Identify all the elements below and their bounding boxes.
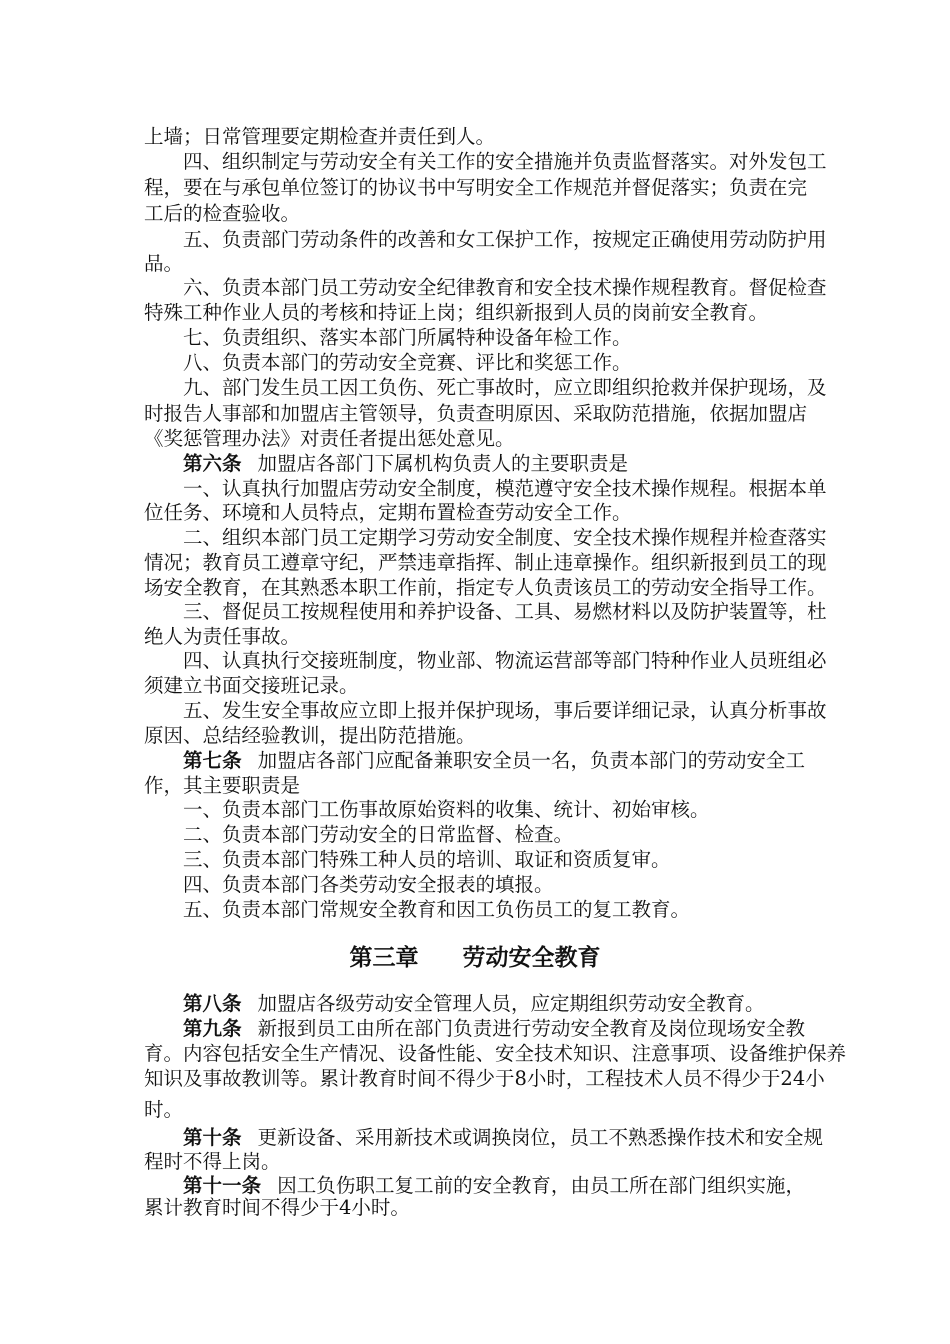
text-line: 六、负责本部门员工劳动安全纪律教育和安全技术操作规程教育。督促检查: [144, 276, 805, 300]
text-line: 品。: [144, 252, 805, 276]
text-line: 七、负责组织、落实本部门所属特种设备年检工作。: [144, 326, 805, 350]
article-head-line: 第十条更新设备、采用新技术或调换岗位，员工不熟悉操作技术和安全规: [144, 1126, 805, 1150]
article-head-line: 第十一条因工负伤职工复工前的安全教育，由员工所在部门组织实施，: [144, 1174, 805, 1198]
text-line: 工后的检查验收。: [144, 202, 805, 226]
chapter-title: 劳动安全教育: [463, 945, 601, 971]
text-line: 《奖惩管理办法》对责任者提出惩处意见。: [144, 427, 805, 451]
article-label: 第九条: [183, 1017, 242, 1040]
text-line: 二、组织本部门员工定期学习劳动安全制度、安全技术操作规程并检查落实: [144, 526, 805, 550]
text-line: 三、督促员工按规程使用和养护设备、工具、易燃材料以及防护装置等，杜: [144, 600, 805, 624]
text-line: 原因、总结经验教训，提出防范措施。: [144, 724, 805, 748]
article-label: 第十条: [183, 1126, 242, 1149]
text-line: 程，要在与承包单位签订的协议书中写明安全工作规范并督促落实；负责在完: [144, 176, 805, 200]
text-line: 五、发生安全事故应立即上报并保护现场，事后要详细记录，认真分析事故: [144, 699, 805, 723]
article-head-line: 第六条加盟店各部门下属机构负责人的主要职责是: [144, 452, 805, 476]
article-label: 第十一条: [183, 1174, 261, 1197]
article-text: 加盟店各部门下属机构负责人的主要职责是: [258, 452, 629, 475]
text-line: 五、负责本部门常规安全教育和因工负伤员工的复工教育。: [144, 898, 805, 922]
article-label: 第八条: [183, 992, 242, 1015]
chapter-heading: 第三章劳动安全教育: [0, 944, 950, 972]
text-line: 三、负责本部门特殊工种人员的培训、取证和资质复审。: [144, 848, 805, 872]
text-line: 时。: [144, 1098, 805, 1122]
article-text: 加盟店各部门应配备兼职安全员一名，负责本部门的劳动安全工: [258, 749, 805, 772]
text-line: 程时不得上岗。: [144, 1150, 805, 1174]
text-line: 时报告人事部和加盟店主管领导，负责查明原因、采取防范措施，依据加盟店: [144, 402, 805, 426]
text-line: 场安全教育，在其熟悉本职工作前，指定专人负责该员工的劳动安全指导工作。: [144, 576, 805, 600]
text-line: 位任务、环境和人员特点，定期布置检查劳动安全工作。: [144, 501, 805, 525]
article-label: 第六条: [183, 452, 242, 475]
article-head-line: 第七条加盟店各部门应配备兼职安全员一名，负责本部门的劳动安全工: [144, 749, 805, 773]
text-line: 绝人为责任事故。: [144, 625, 805, 649]
text-line: 四、负责本部门各类劳动安全报表的填报。: [144, 873, 805, 897]
text-line: 一、负责本部门工伤事故原始资料的收集、统计、初始审核。: [144, 798, 805, 822]
text-line: 特殊工种作业人员的考核和持证上岗；组织新报到人员的岗前安全教育。: [144, 301, 805, 325]
text-line: 作，其主要职责是: [144, 774, 805, 798]
article-head-line: 第九条新报到员工由所在部门负责进行劳动安全教育及岗位现场安全教: [144, 1017, 805, 1041]
text-line: 五、负责部门劳动条件的改善和女工保护工作，按规定正确使用劳动防护用: [144, 228, 805, 252]
text-line: 一、认真执行加盟店劳动安全制度，模范遵守安全技术操作规程。根据本单: [144, 477, 805, 501]
text-line: 知识及事故教训等。累计教育时间不得少于8小时，工程技术人员不得少于24小: [144, 1067, 805, 1091]
text-line: 四、组织制定与劳动安全有关工作的安全措施并负责监督落实。对外发包工: [144, 150, 805, 174]
article-text: 因工负伤职工复工前的安全教育，由员工所在部门组织实施，: [277, 1174, 805, 1197]
text-line: 情况；教育员工遵章守纪，严禁违章指挥、制止违章操作。组织新报到员工的现: [144, 551, 805, 575]
text-line: 二、负责本部门劳动安全的日常监督、检查。: [144, 823, 805, 847]
chapter-number: 第三章: [350, 945, 419, 971]
text-line: 须建立书面交接班记录。: [144, 674, 805, 698]
text-line: 四、认真执行交接班制度，物业部、物流运营部等部门特种作业人员班组必: [144, 649, 805, 673]
article-text: 加盟店各级劳动安全管理人员，应定期组织劳动安全教育。: [258, 992, 765, 1015]
text-line: 九、部门发生员工因工负伤、死亡事故时，应立即组织抢救并保护现场，及: [144, 376, 805, 400]
text-line: 育。内容包括安全生产情况、设备性能、安全技术知识、注意事项、设备维护保养: [144, 1042, 805, 1066]
text-line: 累计教育时间不得少于4小时。: [144, 1196, 805, 1220]
article-text: 更新设备、采用新技术或调换岗位，员工不熟悉操作技术和安全规: [258, 1126, 824, 1149]
text-line: 八、负责本部门的劳动安全竞赛、评比和奖惩工作。: [144, 351, 805, 375]
article-head-line: 第八条加盟店各级劳动安全管理人员，应定期组织劳动安全教育。: [144, 992, 805, 1016]
article-label: 第七条: [183, 749, 242, 772]
text-line: 上墙；日常管理要定期检查并责任到人。: [144, 125, 805, 149]
document-page: 上墙；日常管理要定期检查并责任到人。四、组织制定与劳动安全有关工作的安全措施并负…: [0, 0, 950, 1344]
article-text: 新报到员工由所在部门负责进行劳动安全教育及岗位现场安全教: [258, 1017, 805, 1040]
